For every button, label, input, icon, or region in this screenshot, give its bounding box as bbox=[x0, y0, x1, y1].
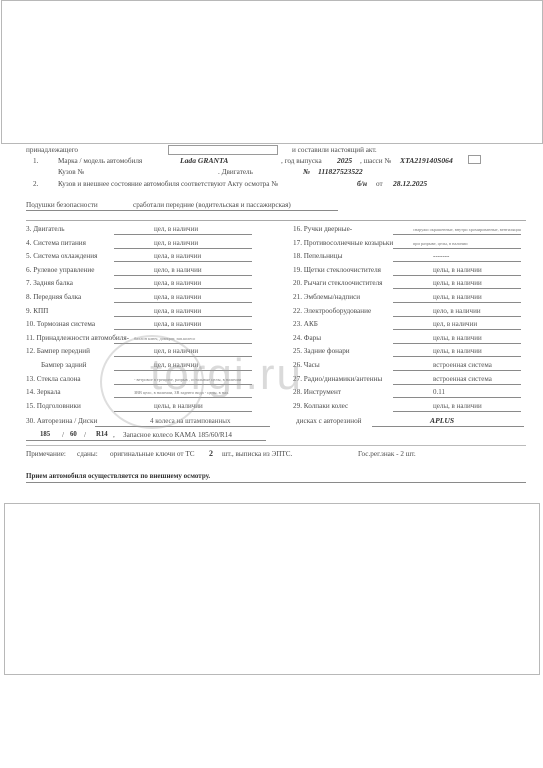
tire-brand: APLUS bbox=[430, 416, 454, 425]
checklist-label: 29. Колпаки колес bbox=[293, 402, 348, 410]
acceptance-underline bbox=[26, 482, 526, 483]
checklist-label: 23. АКБ bbox=[293, 320, 318, 328]
checklist-value: 0.11 bbox=[433, 388, 445, 396]
tires-label: 30. Авторезина / Диски bbox=[26, 417, 97, 425]
row2-number: 2. bbox=[33, 180, 38, 188]
airbags-underline bbox=[26, 210, 338, 211]
note-handed-label: сданы: bbox=[77, 450, 98, 458]
checklist-underline bbox=[114, 329, 252, 330]
tire-profile: 60 bbox=[70, 431, 77, 438]
airbags-second-line bbox=[26, 220, 526, 221]
checklist-value: встроенная система bbox=[433, 361, 492, 369]
checklist-label: 12. Бампер передний bbox=[26, 347, 90, 355]
checklist-label: 3. Двигатель bbox=[26, 225, 64, 233]
checklist-value: целы, в наличии bbox=[433, 293, 482, 301]
checklist-underline bbox=[393, 384, 521, 385]
act-text: и составили настоящий акт. bbox=[292, 146, 377, 154]
redacted-signatures-block bbox=[4, 503, 540, 675]
checklist-value: снаружи окрашенные, внутри хромированные… bbox=[413, 227, 521, 232]
checklist-value: цело, в наличии bbox=[433, 307, 481, 315]
engine-no-label: № bbox=[303, 167, 310, 176]
chassis-redacted-field bbox=[468, 155, 481, 164]
checklist-value: цел, в наличии bbox=[433, 320, 477, 328]
checklist-label: 9. КПП bbox=[26, 307, 48, 315]
checklist-underline bbox=[114, 234, 252, 235]
checklist-value: целы, в наличии bbox=[433, 279, 482, 287]
checklist-label: 4. Система питания bbox=[26, 239, 86, 247]
redacted-header-block bbox=[1, 0, 543, 144]
checklist-value: встроенная система bbox=[433, 375, 492, 383]
tire-size-underline bbox=[26, 440, 266, 441]
engine-number: 111827523522 bbox=[318, 167, 363, 176]
checklist-underline bbox=[393, 288, 521, 289]
note-keys-text: оригинальные ключи от ТС bbox=[110, 450, 195, 458]
engine-label: . Двигатель bbox=[218, 168, 253, 176]
body-label: Кузов № bbox=[58, 168, 84, 176]
checklist-label: 20. Рычаги стеклоочистителя bbox=[293, 279, 382, 287]
checklist-underline bbox=[393, 248, 521, 249]
tires-separator bbox=[26, 445, 526, 446]
checklist-underline bbox=[393, 397, 521, 398]
spare-wheel: Запасное колесо КАМА 185/60/R14 bbox=[123, 431, 232, 439]
checklist-value: целы, в наличии bbox=[433, 347, 482, 355]
checklist-value: ------- bbox=[433, 252, 449, 260]
checklist-value: цел, в наличии bbox=[154, 225, 198, 233]
checklist-value: цело, в наличии bbox=[154, 266, 202, 274]
checklist-underline bbox=[393, 275, 521, 276]
checklist-value: целы, в наличии bbox=[433, 334, 482, 342]
tire-radius: R14 bbox=[96, 431, 108, 438]
chassis-value: XTA219140S064 bbox=[400, 156, 453, 165]
checklist-label: 5. Система охлаждения bbox=[26, 252, 97, 260]
inspection-act-number: б/н bbox=[357, 179, 367, 188]
checklist-label: 21. Эмблемы/надписи bbox=[293, 293, 360, 301]
checklist-underline bbox=[114, 248, 252, 249]
year-value: 2025 bbox=[337, 156, 352, 165]
row1-label: Марка / модель автомобиля bbox=[58, 157, 142, 165]
checklist-label: 10. Тормозная система bbox=[26, 320, 95, 328]
checklist-underline bbox=[393, 343, 521, 344]
year-label: , год выпуска bbox=[281, 157, 322, 165]
checklist-underline bbox=[114, 261, 252, 262]
chassis-label: , шасси № bbox=[360, 157, 391, 165]
checklist-underline bbox=[393, 261, 521, 262]
checklist-underline bbox=[114, 302, 252, 303]
note-keys-unit: шт., выписка из ЭПТС. bbox=[222, 450, 292, 458]
car-model: Lada GRANTA bbox=[180, 156, 228, 165]
checklist-value: целы, в наличии bbox=[433, 402, 482, 410]
checklist-underline bbox=[393, 329, 521, 330]
checklist-label: 24. Фары bbox=[293, 334, 321, 342]
checklist-underline bbox=[114, 288, 252, 289]
comma: , bbox=[113, 431, 115, 439]
with-tires-label: дисках с авторезиной bbox=[296, 417, 362, 425]
row2-label: Кузов и внешнее состояние автомобиля соо… bbox=[58, 180, 278, 188]
checklist-underline bbox=[393, 356, 521, 357]
owner-label: принадлежащего bbox=[26, 146, 78, 154]
checklist-underline bbox=[393, 302, 521, 303]
owner-redacted-field bbox=[168, 145, 278, 155]
checklist-label: 17. Противосолнечные козырьки bbox=[293, 239, 393, 247]
inspection-date: 28.12.2025 bbox=[393, 179, 427, 188]
checklist-underline bbox=[114, 316, 252, 317]
row1-number: 1. bbox=[33, 157, 38, 165]
checklist-label: 16. Ручки дверные- bbox=[293, 225, 352, 233]
checklist-label: 6. Рулевое управление bbox=[26, 266, 94, 274]
checklist-label: 15. Подголовники bbox=[26, 402, 81, 410]
note-keys-count: 2 bbox=[209, 449, 213, 458]
checklist-label: 7. Задняя балка bbox=[26, 279, 73, 287]
checklist-label: 22. Электрооборудование bbox=[293, 307, 371, 315]
checklist-value: цела, в наличии bbox=[154, 293, 201, 301]
slash-1: / bbox=[62, 431, 64, 439]
checklist-underline bbox=[393, 234, 521, 235]
airbags-label: Подушки безопасности bbox=[26, 201, 98, 209]
checklist-label: Бампер задний bbox=[41, 361, 87, 369]
checklist-underline bbox=[393, 316, 521, 317]
checklist-label: 14. Зеркала bbox=[26, 388, 61, 396]
checklist-label: 11. Принадлежности автомобиля- bbox=[26, 334, 129, 342]
checklist-value: при разрыве, целы, в наличии bbox=[413, 241, 468, 246]
checklist-underline bbox=[114, 275, 252, 276]
date-label: от bbox=[376, 180, 383, 188]
checklist-value: цела, в наличии bbox=[154, 307, 201, 315]
checklist-label: 27. Радио/динамики/антенны bbox=[293, 375, 382, 383]
tire-width: 185 bbox=[40, 431, 50, 438]
checklist-value: целы, в наличии bbox=[433, 266, 482, 274]
checklist-value: цела, в наличии bbox=[154, 252, 201, 260]
watermark-text: torgi.ru bbox=[150, 350, 303, 400]
slash-2: / bbox=[84, 431, 86, 439]
checklist-label: 8. Передняя балка bbox=[26, 293, 81, 301]
note-plates: Гос.рег.знак - 2 шт. bbox=[358, 450, 416, 458]
checklist-label: 18. Пепельницы bbox=[293, 252, 342, 260]
checklist-value: цел, в наличии bbox=[154, 239, 198, 247]
acceptance-statement: Прием автомобиля осуществляется по внешн… bbox=[26, 472, 210, 480]
note-label: Примечание: bbox=[26, 450, 66, 458]
checklist-label: 13. Стекла салона bbox=[26, 375, 81, 383]
checklist-value: цела, в наличии bbox=[154, 279, 201, 287]
airbags-value: сработали передние (водительская и пасса… bbox=[133, 201, 291, 209]
discs-underline bbox=[95, 426, 270, 427]
checklist-underline bbox=[393, 370, 521, 371]
checklist-label: 19. Щетки стеклоочистителя bbox=[293, 266, 381, 274]
checklist-underline bbox=[393, 411, 521, 412]
checklist-value: цела, в наличии bbox=[154, 320, 201, 328]
brand-underline bbox=[372, 426, 524, 427]
